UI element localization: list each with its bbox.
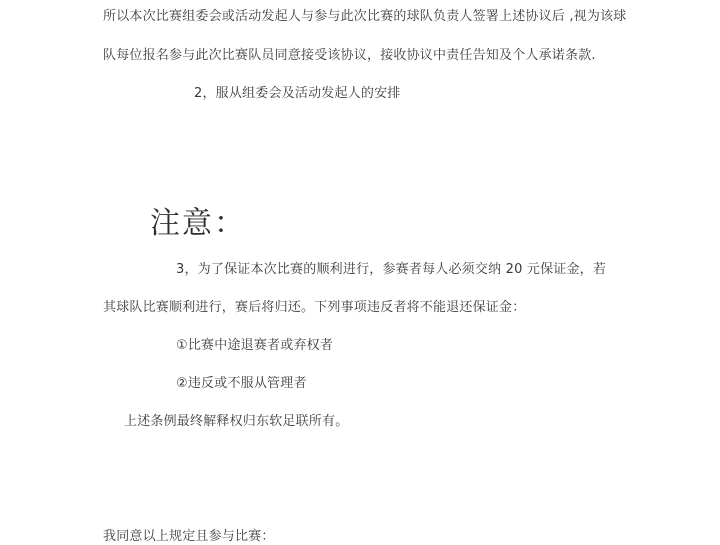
violation-2: ②违反或不服从管理者 <box>176 372 307 391</box>
final-interpretation: 上述条例最终解释权归东软足联所有。 <box>124 410 348 429</box>
agreement-statement: 我同意以上规定且参与比赛： <box>103 525 275 544</box>
notice-title: 注意： <box>150 198 246 242</box>
item-3-line-2: 其球队比赛顺利进行，赛后将归还。下列事项违反者将不能退还保证金： <box>103 296 525 315</box>
paragraph-1-line-1: 所以本次比赛组委会或活动发起人与参与此次比赛的球队负责人签署上述协议后 ,视为该… <box>103 5 626 24</box>
item-2: 2，服从组委会及活动发起人的安排 <box>194 82 400 101</box>
violation-1: ①比赛中途退赛者或弃权者 <box>176 334 333 353</box>
item-3-line-1: 3，为了保证本次比赛的顺利进行，参赛者每人必须交纳 20 元保证金，若 <box>176 258 606 277</box>
paragraph-1-line-2: 队每位报名参与此次比赛队员同意接受该协议，接收协议中责任告知及个人承诺条款. <box>103 44 596 63</box>
